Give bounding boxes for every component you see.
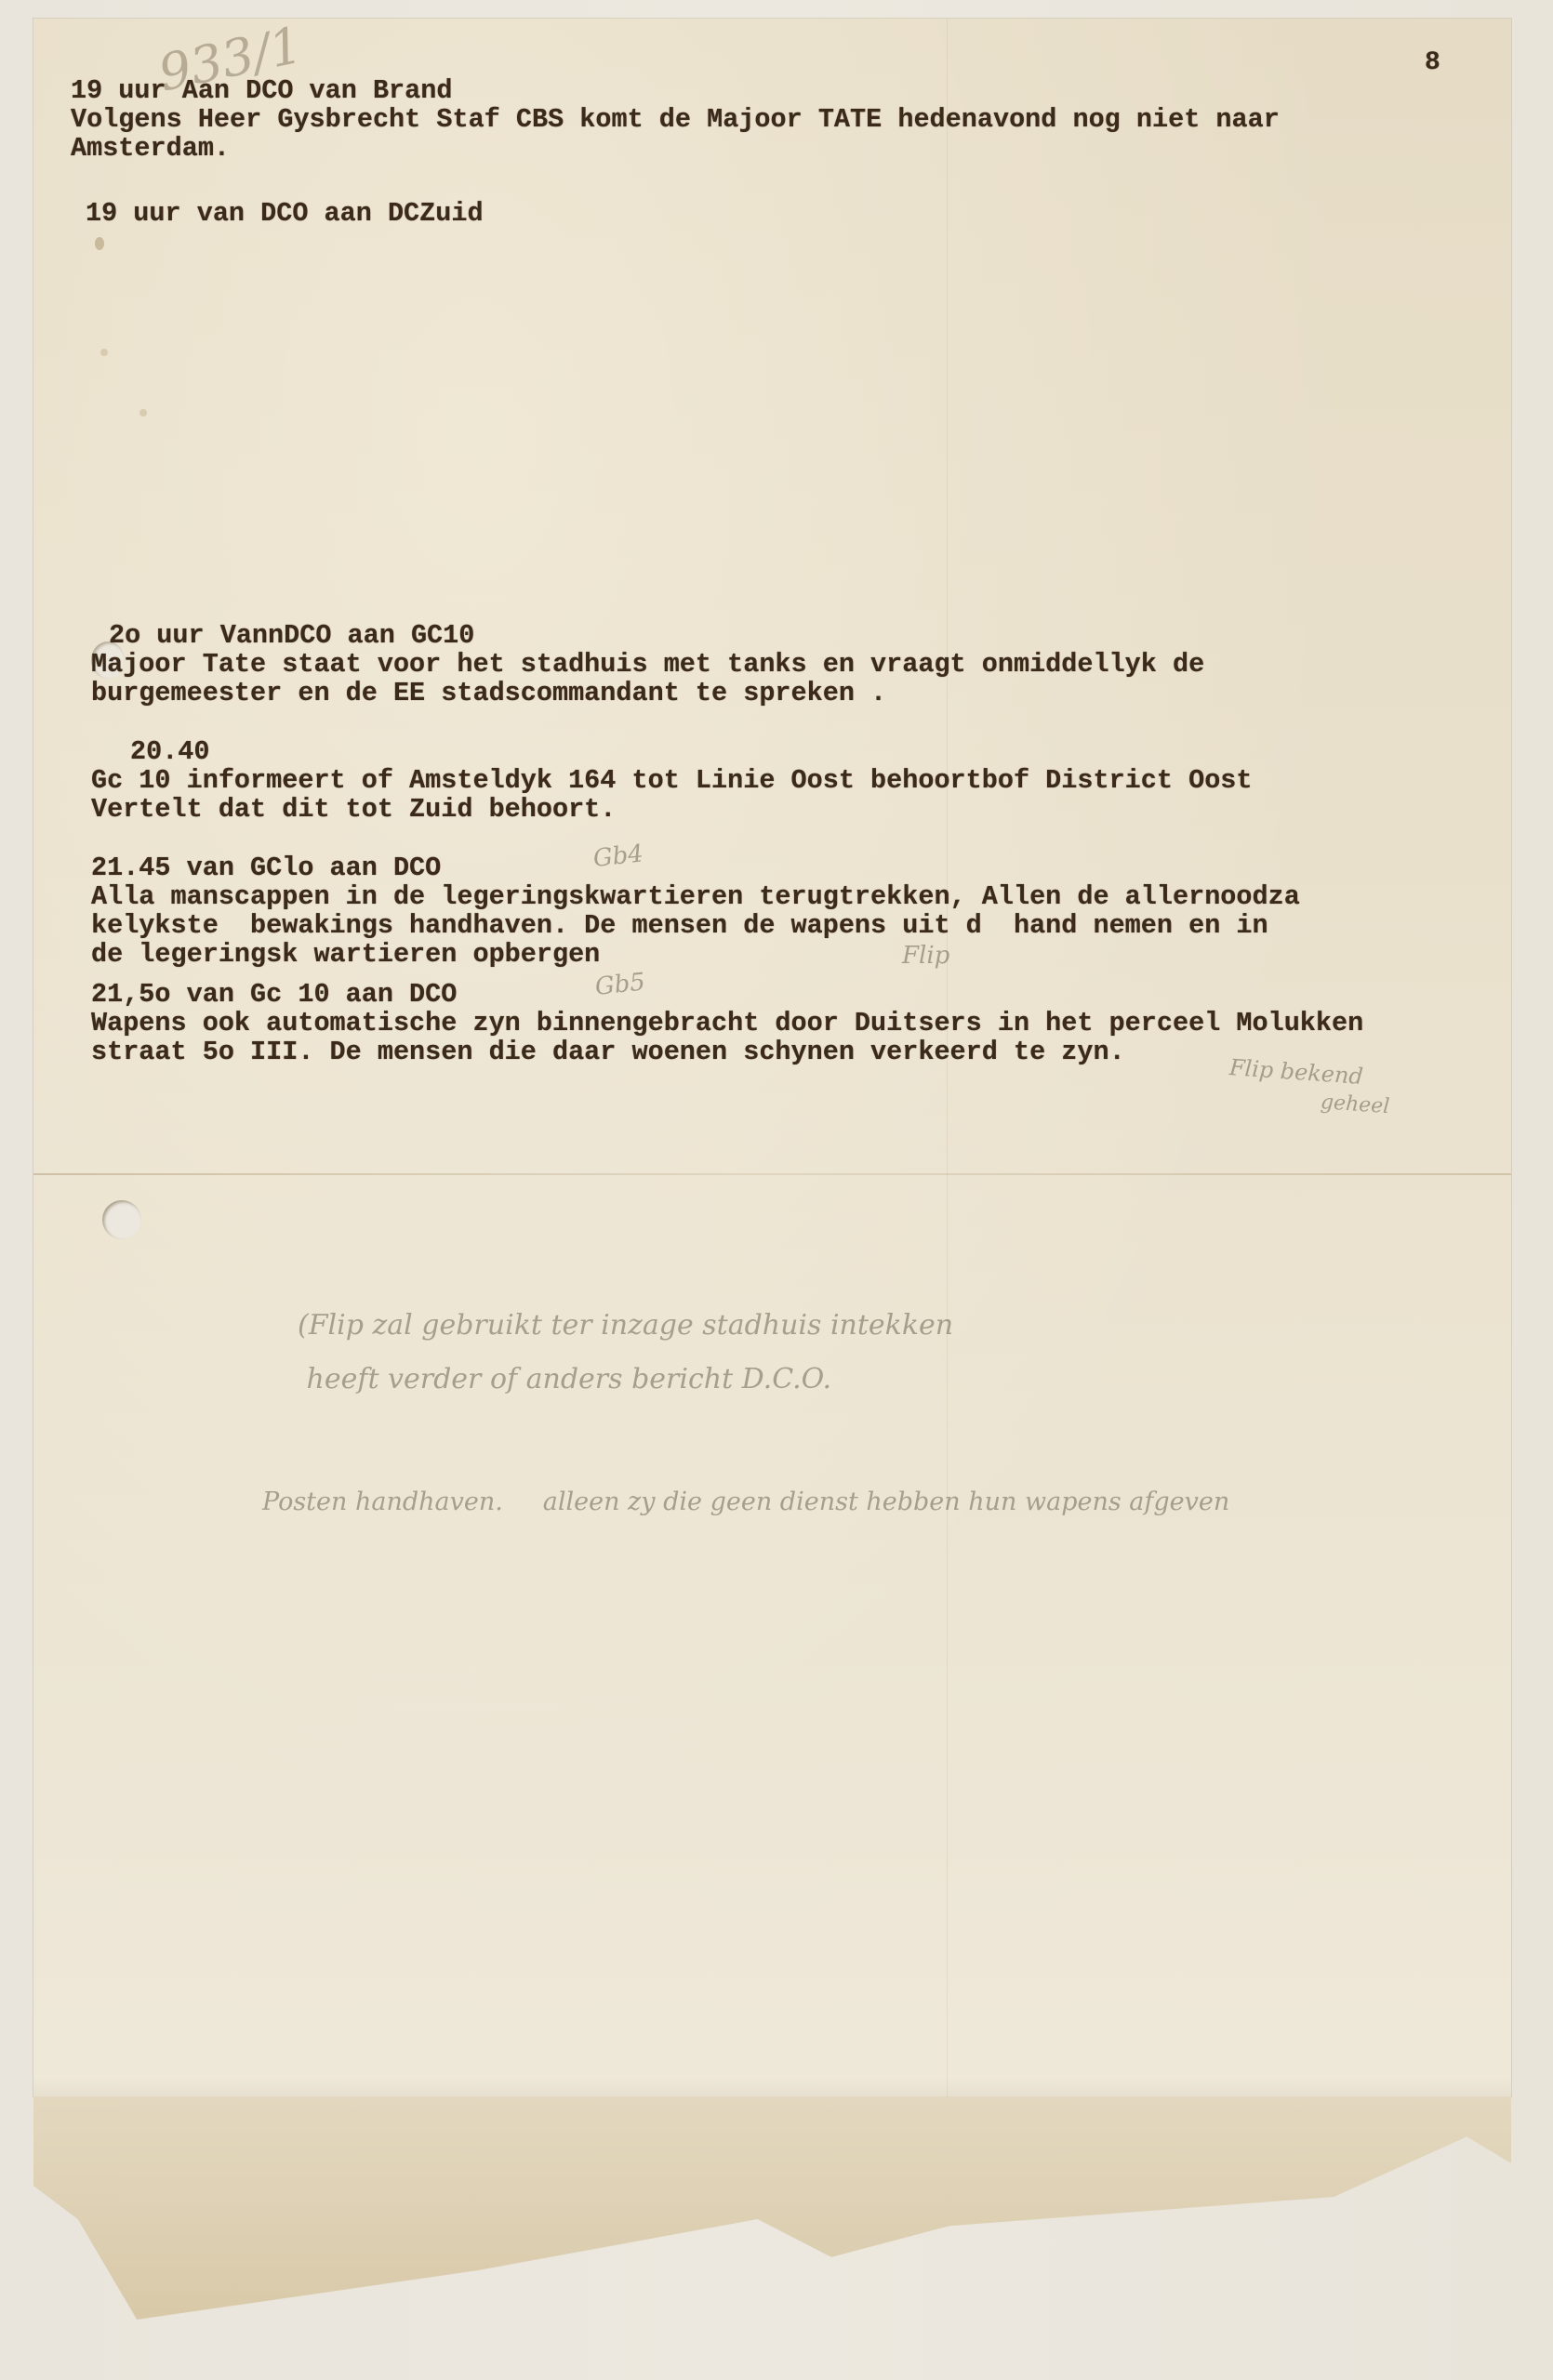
entry-4-header: 20.40 [130, 737, 210, 766]
pencil-note-line-3: Posten handhaven. alleen zy die geen die… [262, 1487, 1229, 1517]
entry-4-line-1: Gc 10 informeert of Amsteldyk 164 tot Li… [91, 766, 1253, 795]
entry-3-line-2: burgemeester en de EE stadscommandant te… [91, 679, 886, 707]
pencil-note-flip: Flip [902, 941, 949, 971]
entry-6-line-1: Wapens ook automatische zyn binnengebrac… [91, 1009, 1363, 1038]
entry-2-header: 19 uur van DCO aan DCZuid [86, 199, 484, 228]
entry-4-line-2: Vertelt dat dit tot Zuid behoort. [91, 795, 616, 824]
stain [100, 349, 108, 356]
entry-1-line-1: Volgens Heer Gysbrecht Staf CBS komt de … [71, 105, 1280, 134]
punch-hole [102, 1200, 141, 1239]
pencil-note-gb4: Gb4 [591, 839, 644, 873]
entry-6-line-2: straat 5o III. De mensen die daar woenen… [91, 1038, 1125, 1066]
entry-5-line-2: kelykste bewakings handhaven. De mensen … [91, 911, 1268, 940]
folded-bottom-edge [33, 2096, 1511, 2320]
stain [95, 237, 104, 250]
pencil-note-geheel: geheel [1320, 1088, 1390, 1122]
entry-5-header: 21.45 van GClo aan DCO [91, 853, 441, 882]
entry-6-header: 21,5o van Gc 10 aan DCO [91, 980, 457, 1009]
pencil-note-line-2: heeft verder of anders bericht D.C.O. [298, 1365, 831, 1395]
entry-5-line-1: Alla manscappen in de legeringskwartiere… [91, 882, 1300, 911]
horizontal-crease [33, 1173, 1511, 1175]
pencil-note-gb5: Gb5 [593, 967, 646, 1001]
pencil-note-line-1: (Flip zal gebruikt ter inzage stadhuis i… [298, 1311, 953, 1341]
entry-3-line-1: Majoor Tate staat voor het stadhuis met … [91, 650, 1204, 679]
entry-3-header: 2o uur VannDCO aan GC10 [109, 621, 474, 650]
entry-1-header: 19 uur Aan DCO van Brand [71, 76, 452, 105]
page-number: 8 [1425, 48, 1440, 77]
entry-1-line-2: Amsterdam. [71, 134, 230, 163]
entry-5-line-3: de legeringsk wartieren opbergen [91, 940, 600, 969]
stain [139, 409, 147, 416]
